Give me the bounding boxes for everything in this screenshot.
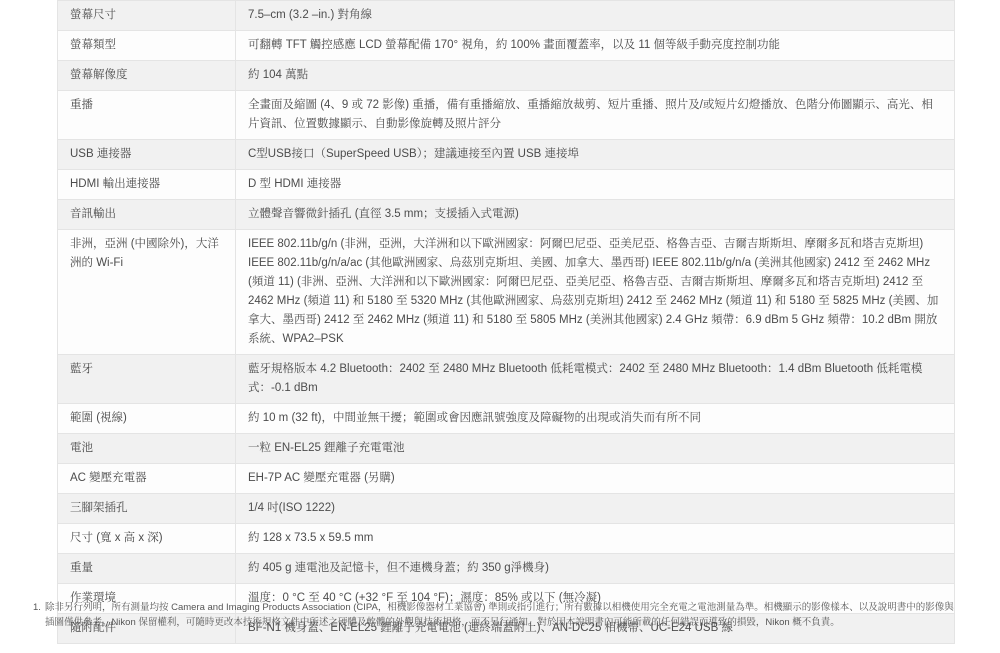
spec-value-cell: 1/4 吋(ISO 1222) xyxy=(236,494,955,524)
spec-table-row: USB 連接器 C型USB接口（SuperSpeed USB）；建議連接至內置 … xyxy=(58,140,955,170)
spec-table-row: HDMI 輸出連接器 D 型 HDMI 連接器 xyxy=(58,170,955,200)
footnote-marker: 1. xyxy=(33,600,41,615)
spec-label-cell: 非洲，亞洲 (中國除外)，大洋洲的 Wi-Fi xyxy=(58,230,236,355)
spec-label-cell: 螢幕尺寸 xyxy=(58,1,236,31)
spec-value-cell: 立體聲音響微針插孔 (直徑 3.5 mm；支援插入式電源) xyxy=(236,200,955,230)
spec-label-cell: 尺寸 (寬 x 高 x 深) xyxy=(58,524,236,554)
spec-table: 螢幕尺寸 7.5–cm (3.2 –in.) 對角線 螢幕類型 可翻轉 TFT … xyxy=(57,0,955,644)
spec-table-row: 螢幕尺寸 7.5–cm (3.2 –in.) 對角線 xyxy=(58,1,955,31)
spec-table-row: 音訊輸出 立體聲音響微針插孔 (直徑 3.5 mm；支援插入式電源) xyxy=(58,200,955,230)
spec-label-cell: USB 連接器 xyxy=(58,140,236,170)
spec-table-row: 螢幕類型 可翻轉 TFT 觸控感應 LCD 螢幕配備 170° 視角，約 100… xyxy=(58,31,955,61)
spec-value-cell: C型USB接口（SuperSpeed USB）；建議連接至內置 USB 連接埠 xyxy=(236,140,955,170)
spec-table-row: 範圍 (視線) 約 10 m (32 ft)，中間並無干擾；範圍或會因應訊號強度… xyxy=(58,404,955,434)
spec-table-row: 三腳架插孔 1/4 吋(ISO 1222) xyxy=(58,494,955,524)
spec-table-row: 重量 約 405 g 連電池及記憶卡，但不連機身蓋；約 350 g淨機身) xyxy=(58,554,955,584)
spec-table-row: 重播 全畫面及縮圖 (4、9 或 72 影像) 重播，備有重播縮放、重播縮放裁剪… xyxy=(58,91,955,140)
footnote: 1. 除非另行列明，所有測量均按 Camera and Imaging Prod… xyxy=(33,600,959,630)
spec-label-cell: 音訊輸出 xyxy=(58,200,236,230)
spec-value-cell: EH-7P AC 變壓充電器 (另購) xyxy=(236,464,955,494)
spec-label-cell: 螢幕類型 xyxy=(58,31,236,61)
spec-table-row: 藍牙 藍牙規格版本 4.2 Bluetooth：2402 至 2480 MHz … xyxy=(58,355,955,404)
spec-value-cell: 約 405 g 連電池及記憶卡，但不連機身蓋；約 350 g淨機身) xyxy=(236,554,955,584)
spec-label-cell: 電池 xyxy=(58,434,236,464)
spec-table-row: 螢幕解像度 約 104 萬點 xyxy=(58,61,955,91)
spec-value-cell: 約 128 x 73.5 x 59.5 mm xyxy=(236,524,955,554)
spec-value-cell: 藍牙規格版本 4.2 Bluetooth：2402 至 2480 MHz Blu… xyxy=(236,355,955,404)
spec-value-cell: 約 10 m (32 ft)，中間並無干擾；範圍或會因應訊號強度及障礙物的出現或… xyxy=(236,404,955,434)
spec-value-cell: 一粒 EN-EL25 鋰離子充電電池 xyxy=(236,434,955,464)
spec-value-cell: 7.5–cm (3.2 –in.) 對角線 xyxy=(236,1,955,31)
spec-label-cell: 重播 xyxy=(58,91,236,140)
spec-table-row: 非洲，亞洲 (中國除外)，大洋洲的 Wi-Fi IEEE 802.11b/g/n… xyxy=(58,230,955,355)
footnote-text: 除非另行列明，所有測量均按 Camera and Imaging Product… xyxy=(45,600,959,630)
spec-value-cell: 可翻轉 TFT 觸控感應 LCD 螢幕配備 170° 視角，約 100% 畫面覆… xyxy=(236,31,955,61)
spec-table-row: AC 變壓充電器 EH-7P AC 變壓充電器 (另購) xyxy=(58,464,955,494)
spec-value-cell: 約 104 萬點 xyxy=(236,61,955,91)
spec-label-cell: 範圍 (視線) xyxy=(58,404,236,434)
spec-value-cell: D 型 HDMI 連接器 xyxy=(236,170,955,200)
spec-page: 螢幕尺寸 7.5–cm (3.2 –in.) 對角線 螢幕類型 可翻轉 TFT … xyxy=(0,0,1000,653)
spec-label-cell: 三腳架插孔 xyxy=(58,494,236,524)
spec-label-cell: 重量 xyxy=(58,554,236,584)
spec-table-row: 電池 一粒 EN-EL25 鋰離子充電電池 xyxy=(58,434,955,464)
spec-label-cell: 螢幕解像度 xyxy=(58,61,236,91)
spec-label-cell: HDMI 輸出連接器 xyxy=(58,170,236,200)
spec-value-cell: 全畫面及縮圖 (4、9 或 72 影像) 重播，備有重播縮放、重播縮放裁剪、短片… xyxy=(236,91,955,140)
spec-label-cell: AC 變壓充電器 xyxy=(58,464,236,494)
spec-table-body: 螢幕尺寸 7.5–cm (3.2 –in.) 對角線 螢幕類型 可翻轉 TFT … xyxy=(58,1,955,644)
spec-table-row: 尺寸 (寬 x 高 x 深) 約 128 x 73.5 x 59.5 mm xyxy=(58,524,955,554)
spec-label-cell: 藍牙 xyxy=(58,355,236,404)
spec-value-cell: IEEE 802.11b/g/n (非洲，亞洲，大洋洲和以下歐洲國家：阿爾巴尼亞… xyxy=(236,230,955,355)
